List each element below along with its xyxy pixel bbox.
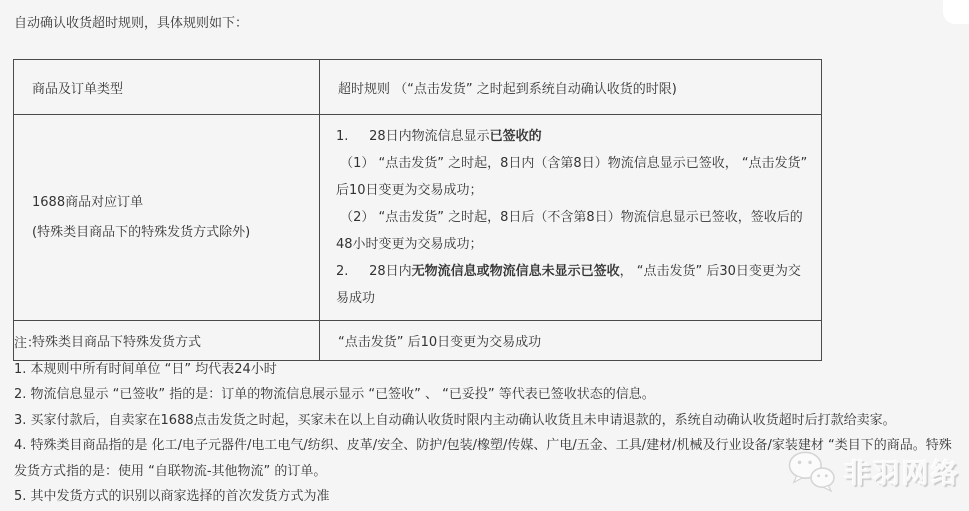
rule-item-1-bold: 已签收的 — [490, 129, 542, 144]
cell-1688-order-type: 1688商品对应订单 (特殊类目商品下的特殊发货方式除外) — [14, 115, 320, 321]
table-header-row: 商品及订单类型 超时规则 （“点击发货” 之时起到系统自动确认收货的时限) — [14, 60, 822, 115]
cell-1688-rules: 1. 28日内物流信息显示已签收的 （1） “点击发货” 之时起，8日内（含第8… — [320, 115, 822, 321]
timeout-rules-table: 商品及订单类型 超时规则 （“点击发货” 之时起到系统自动确认收货的时限) 16… — [13, 59, 822, 361]
rule-item-1: 1. 28日内物流信息显示已签收的 — [336, 123, 809, 150]
rule-item-2-bold: 无物流信息或物流信息未显示已签收 — [412, 264, 620, 279]
rule-item-1-text: 1. 28日内物流信息显示 — [336, 129, 490, 144]
note-item-5: 5. 其中发货方式的识别以商家选择的首次发货方式为准 — [14, 484, 958, 510]
page-title: 自动确认收货超时规则，具体规则如下： — [14, 12, 248, 31]
rules-document-page: 自动确认收货超时规则，具体规则如下： 商品及订单类型 超时规则 （“点击发货” … — [0, 0, 969, 511]
notes-section: 注： 1. 本规则中所有时间单位 “日” 均代表24小时 2. 物流信息显示 “… — [14, 331, 958, 510]
rule-item-1-sub-1: （1） “点击发货” 之时起，8日内（含第8日）物流信息显示已签收， “点击发货… — [336, 150, 809, 204]
rule-item-2: 2. 28日内无物流信息或物流信息未显示已签收， “点击发货” 后30日变更为交… — [336, 258, 809, 312]
page-corner-decoration — [943, 0, 969, 24]
note-item-1: 1. 本规则中所有时间单位 “日” 均代表24小时 — [14, 357, 958, 383]
order-type-exception: (特殊类目商品下的特殊发货方式除外) — [32, 218, 305, 248]
note-item-4: 4. 特殊类目商品指的是 化工/电子元器件/电工电气/纺织、皮革/安全、防护/包… — [14, 433, 958, 484]
note-item-3: 3. 买家付款后，自卖家在1688点击发货之时起，买家未在以上自动确认收货时限内… — [14, 408, 958, 434]
notes-label: 注： — [14, 331, 958, 357]
rule-item-2-text: 2. 28日内 — [336, 264, 412, 279]
order-type-line: 1688商品对应订单 — [32, 188, 305, 218]
rule-item-1-sub-2: （2） “点击发货” 之时起，8日后（不含第8日）物流信息显示已签收，签收后的4… — [336, 204, 809, 258]
header-product-type: 商品及订单类型 — [14, 60, 320, 115]
table-row-1688-orders: 1688商品对应订单 (特殊类目商品下的特殊发货方式除外) 1. 28日内物流信… — [14, 115, 822, 321]
note-item-2: 2. 物流信息显示 “已签收” 指的是：订单的物流信息展示显示 “已签收” 、 … — [14, 382, 958, 408]
header-timeout-rule: 超时规则 （“点击发货” 之时起到系统自动确认收货的时限) — [320, 60, 822, 115]
